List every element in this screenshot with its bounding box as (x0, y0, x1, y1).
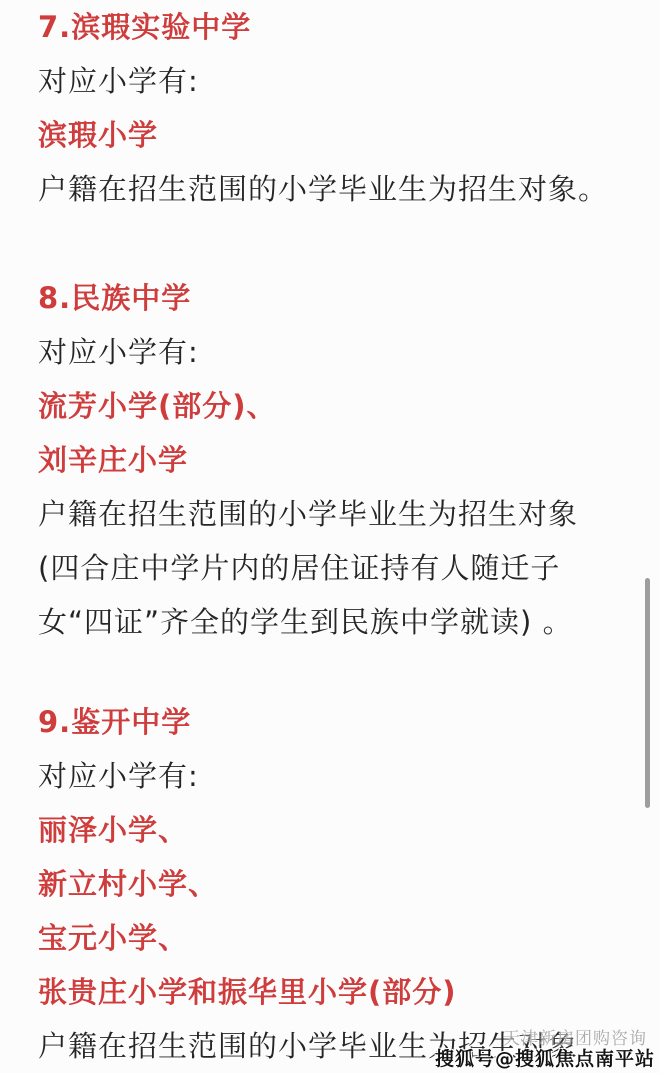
section-8-school-1: 流芳小学(部分)、 (38, 379, 630, 433)
section-school-8: 8.民族中学 对应小学有: 流芳小学(部分)、 刘辛庄小学 户籍在招生范围的小学… (38, 271, 630, 649)
watermark-sohu-account-text: 搜狐号@搜狐焦点南平站 (435, 1049, 655, 1070)
section-school-9: 9.鉴开中学 对应小学有: 丽泽小学、 新立村小学、 宝元小学、 张贵庄小学和振… (38, 695, 630, 1073)
section-8-note-3: 女“四证”齐全的学生到民族中学就读) 。 (38, 595, 630, 649)
section-8-note-1: 户籍在招生范围的小学毕业生为招生对象 (38, 487, 630, 541)
watermark: 天津新房团购咨询 搜狐号@搜狐焦点南平站 (435, 1030, 655, 1070)
section-9-school-4: 张贵庄小学和振华里小学(部分) (38, 965, 630, 1019)
section-8-heading: 8.民族中学 (38, 271, 630, 325)
section-9-school-3: 宝元小学、 (38, 911, 630, 965)
section-8-note-2: (四合庄中学片内的居住证持有人随迁子 (38, 541, 630, 595)
article-content: 7.滨瑕实验中学 对应小学有: 滨瑕小学 户籍在招生范围的小学毕业生为招生对象。… (0, 0, 660, 1073)
section-8-school-2: 刘辛庄小学 (38, 433, 630, 487)
section-7-school-1: 滨瑕小学 (38, 108, 630, 162)
section-9-intro: 对应小学有: (38, 749, 630, 803)
section-7-intro: 对应小学有: (38, 54, 630, 108)
watermark-author-text: 天津新房团购咨询 (435, 1030, 647, 1049)
section-8-intro: 对应小学有: (38, 325, 630, 379)
section-7-note-1: 户籍在招生范围的小学毕业生为招生对象。 (38, 162, 630, 216)
section-school-7: 7.滨瑕实验中学 对应小学有: 滨瑕小学 户籍在招生范围的小学毕业生为招生对象。 (38, 0, 630, 216)
section-9-school-2: 新立村小学、 (38, 857, 630, 911)
section-9-school-1: 丽泽小学、 (38, 803, 630, 857)
section-9-heading: 9.鉴开中学 (38, 695, 630, 749)
section-7-heading: 7.滨瑕实验中学 (38, 0, 630, 54)
scrollbar-thumb[interactable] (645, 578, 650, 808)
